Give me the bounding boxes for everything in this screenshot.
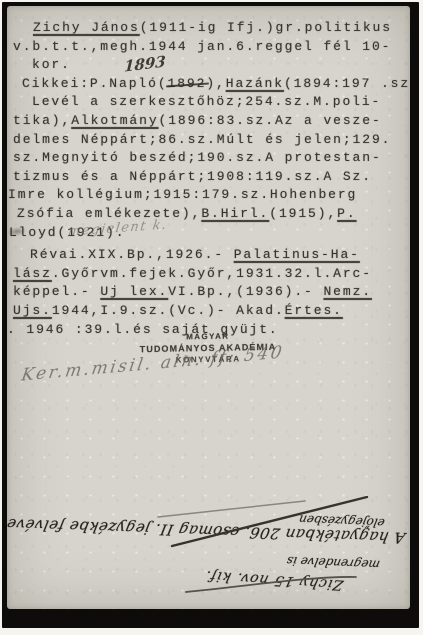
- typed-segment: Uj lex.: [100, 284, 168, 299]
- typed-segment: (1915),: [269, 206, 337, 221]
- typed-segment: 1892: [168, 76, 207, 91]
- typed-segment: Zichy János: [33, 20, 140, 35]
- scribble-a-line1: megrendelve is: [269, 553, 397, 572]
- typed-line: v.b.t.t.,megh.1944 jan.6.reggel fél 10-: [13, 38, 410, 57]
- stamp-line-1: MAGYAR: [135, 331, 281, 343]
- typed-line: Zichy János(1911-ig Ifj.)gr.politikus: [33, 19, 410, 38]
- typed-segment: tizmus és a Néppárt;1908:119.sz.A Sz.: [13, 169, 372, 184]
- typed-segment: Palatinus-Ha-: [234, 247, 360, 262]
- typed-segment: 1944,I.9.sz.(Vc.)- Akad.: [52, 303, 285, 318]
- typed-segment: .Győrvm.fejek.Győr,1931.32.l.Arc-: [52, 266, 372, 281]
- typed-segment: Levél a szerkesztőhöz;254.sz.M.poli-: [32, 94, 381, 109]
- typed-line: képpel.- Uj lex.VI.Bp.,(1936).- Nemz.: [13, 283, 410, 302]
- typed-line: Cikkei:P.Napló(1892),Hazánk(1894:197 .sz: [22, 75, 410, 94]
- typed-segment: Értes.: [285, 303, 343, 318]
- typed-segment: képpel.-: [13, 284, 100, 299]
- typed-line: tizmus és a Néppárt;1908:119.sz.A Sz.: [13, 168, 410, 187]
- typed-segment: (1894:197 .sz: [284, 76, 410, 91]
- typed-segment: v.b.t.t.,megh.1944 jan.6.reggel fél 10-: [13, 39, 391, 54]
- typed-segment: tika),: [13, 113, 71, 128]
- typed-segment: P.: [337, 206, 356, 221]
- typed-segment: Cikkei:P.Napló(: [22, 76, 168, 91]
- typed-line: delmes Néppárt;86.sz.Múlt és jelen;129.: [13, 131, 410, 150]
- typed-segment: ),: [206, 76, 225, 91]
- typed-line: Levél a szerkesztőhöz;254.sz.M.poli-: [32, 93, 410, 112]
- typed-segment: Alkotmány: [71, 113, 158, 128]
- typed-segment: lász: [13, 266, 52, 281]
- typed-segment: Imre kollégium;1915:179.sz.Hohenberg: [8, 187, 357, 202]
- typed-segment: (1911-ig Ifj.)gr.politikus: [140, 20, 392, 35]
- typed-segment: sz.Megnyitó beszéd;190.sz.A protestan-: [13, 150, 382, 165]
- typed-line: kor.: [32, 56, 410, 75]
- typed-line: sz.Megnyitó beszéd;190.sz.A protestan-: [13, 149, 410, 168]
- typed-line: Révai.XIX.Bp.,1926.- Palatinus-Ha-: [30, 246, 410, 265]
- typed-line: Ujs.1944,I.9.sz.(Vc.)- Akad.Értes.: [13, 302, 410, 321]
- typed-segment: Hazánk: [226, 76, 284, 91]
- typed-segment: (1896:83.sz.Az a vesze-: [159, 113, 382, 128]
- typed-line: Imre kollégium;1915:179.sz.Hohenberg: [8, 186, 410, 205]
- typed-line: tika),Alkotmány(1896:83.sz.Az a vesze-: [13, 112, 410, 131]
- typed-segment: Nemz.: [323, 284, 372, 299]
- typed-line: lász.Győrvm.fejek.Győr,1931.32.l.Arc-: [13, 265, 410, 284]
- typed-segment: B.Hirl.: [201, 206, 269, 221]
- typed-segment: delmes Néppárt;86.sz.Múlt és jelen;129.: [13, 132, 391, 147]
- scanned-catalog-card-photo: { "colors": { "paper": "#d7d4cd", "ink":…: [0, 0, 423, 635]
- typed-segment: kor.: [32, 57, 71, 72]
- typed-segment: Zsófia emlékezete),: [17, 206, 201, 221]
- typed-text: Zichy János(1911-ig Ifj.)gr.politikusv.b…: [7, 19, 410, 339]
- typed-segment: VI.Bp.,(1936).-: [168, 284, 323, 299]
- typed-line: Zsófia emlékezete),B.Hirl.(1915),P.: [17, 205, 410, 224]
- catalog-card-paper: Zichy János(1911-ig Ifj.)gr.politikusv.b…: [7, 6, 410, 609]
- typed-segment: Révai.XIX.Bp.,1926.-: [30, 247, 234, 262]
- typed-segment: Ujs.: [13, 303, 52, 318]
